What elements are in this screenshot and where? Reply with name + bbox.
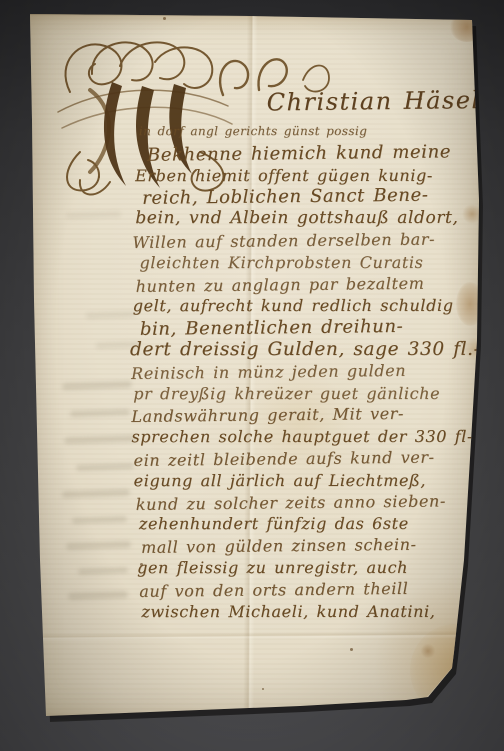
foxing-speck	[350, 648, 353, 651]
manuscript-line: zehenhundert fünfzig das 6ste	[129, 513, 485, 535]
manuscript-heading-line: Christian Häsell	[126, 77, 482, 123]
foxing-speck	[262, 688, 264, 690]
bleedthrough-mark	[78, 567, 128, 575]
manuscript-line: Bekhenne hiemich kund meine	[127, 141, 483, 167]
manuscript-text: Christian Häsell in dorf angl gerichts g…	[127, 78, 486, 623]
bleedthrough-mark	[68, 591, 128, 600]
manuscript-line: Erben hiemit offent gügen kunig-	[127, 164, 483, 186]
manuscript-page: Christian Häsell in dorf angl gerichts g…	[26, 12, 482, 720]
photo-backdrop: Christian Häsell in dorf angl gerichts g…	[0, 0, 504, 751]
manuscript-line: pr dreyßig khreüzer guet gänliche	[128, 382, 484, 404]
manuscript-line: kund zu solcher zeits anno sieben-	[129, 490, 485, 516]
manuscript-line: sprechen solche hauptguet der 330 fl-	[128, 426, 484, 448]
manuscript-line: gelt, aufrecht kund redlich schuldig	[128, 295, 484, 317]
manuscript-line: in dorf angl gerichts günst possig	[127, 121, 483, 143]
bleedthrough-mark	[70, 409, 130, 417]
manuscript-line: gleichten Kirchprobsten Curatis	[128, 252, 484, 274]
manuscript-line: Willen auf standen derselben bar-	[127, 228, 483, 254]
bleedthrough-mark	[64, 435, 136, 445]
bleedthrough-mark	[62, 489, 130, 498]
manuscript-line: hunten zu anglagn par bezaltem	[128, 272, 484, 298]
bleedthrough-mark	[76, 463, 134, 471]
manuscript-line: bin, Benentlichen dreihun-	[128, 315, 484, 341]
bleedthrough-mark	[66, 211, 121, 219]
manuscript-line: bein, vnd Albein gottshauß aldort,	[127, 208, 483, 230]
stain	[420, 644, 436, 658]
manuscript-line: auf von den orts andern theill	[129, 577, 485, 603]
bleedthrough-mark	[66, 541, 131, 550]
manuscript-line: reich, Loblichen Sanct Bene-	[127, 184, 483, 210]
manuscript-line: Landswährung gerait, Mit ver-	[128, 402, 484, 428]
manuscript-line: zwischen Michaeli, kund Anatini,	[129, 600, 485, 622]
bleedthrough-mark	[62, 381, 132, 390]
manuscript-line: eigung all järlich auf Liechtmeß,	[129, 470, 485, 492]
foxing-speck	[163, 17, 166, 20]
manuscript-line: gen fleissig zu unregistr, auch	[129, 557, 485, 579]
manuscript-line: dert dreissig Gulden, sage 330 fl.-	[128, 339, 484, 361]
stain	[450, 12, 484, 42]
manuscript-line: Reinisch in münz jeden gulden	[128, 359, 484, 385]
manuscript-line: mall von gülden zinsen schein-	[129, 533, 485, 559]
bleedthrough-mark	[72, 516, 127, 524]
manuscript-line: ein zeitl bleibende aufs kund ver-	[128, 446, 484, 472]
horizontal-fold-crease	[28, 630, 478, 641]
